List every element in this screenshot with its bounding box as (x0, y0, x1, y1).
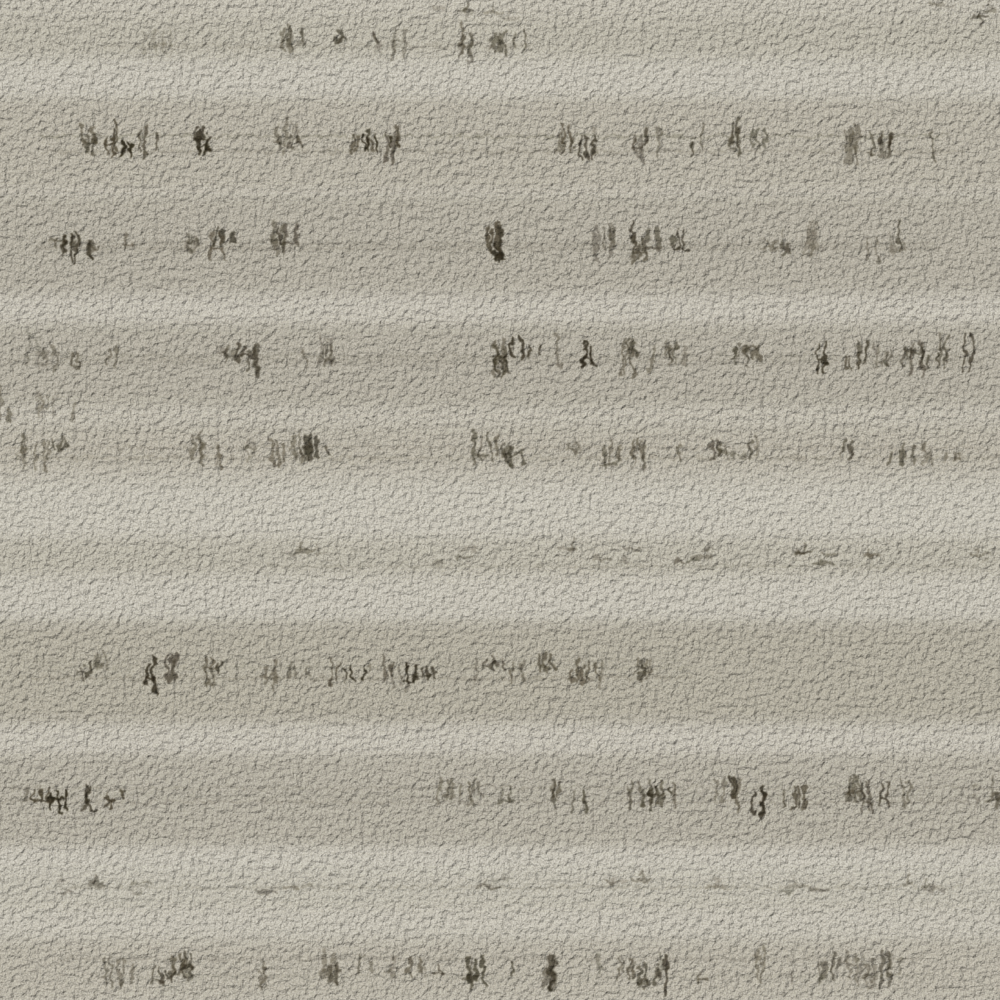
fine-fiber-grain-overlay (0, 0, 1000, 1000)
carpet-texture-render (0, 0, 1000, 1000)
carpet-texture-photo (0, 0, 1000, 1000)
